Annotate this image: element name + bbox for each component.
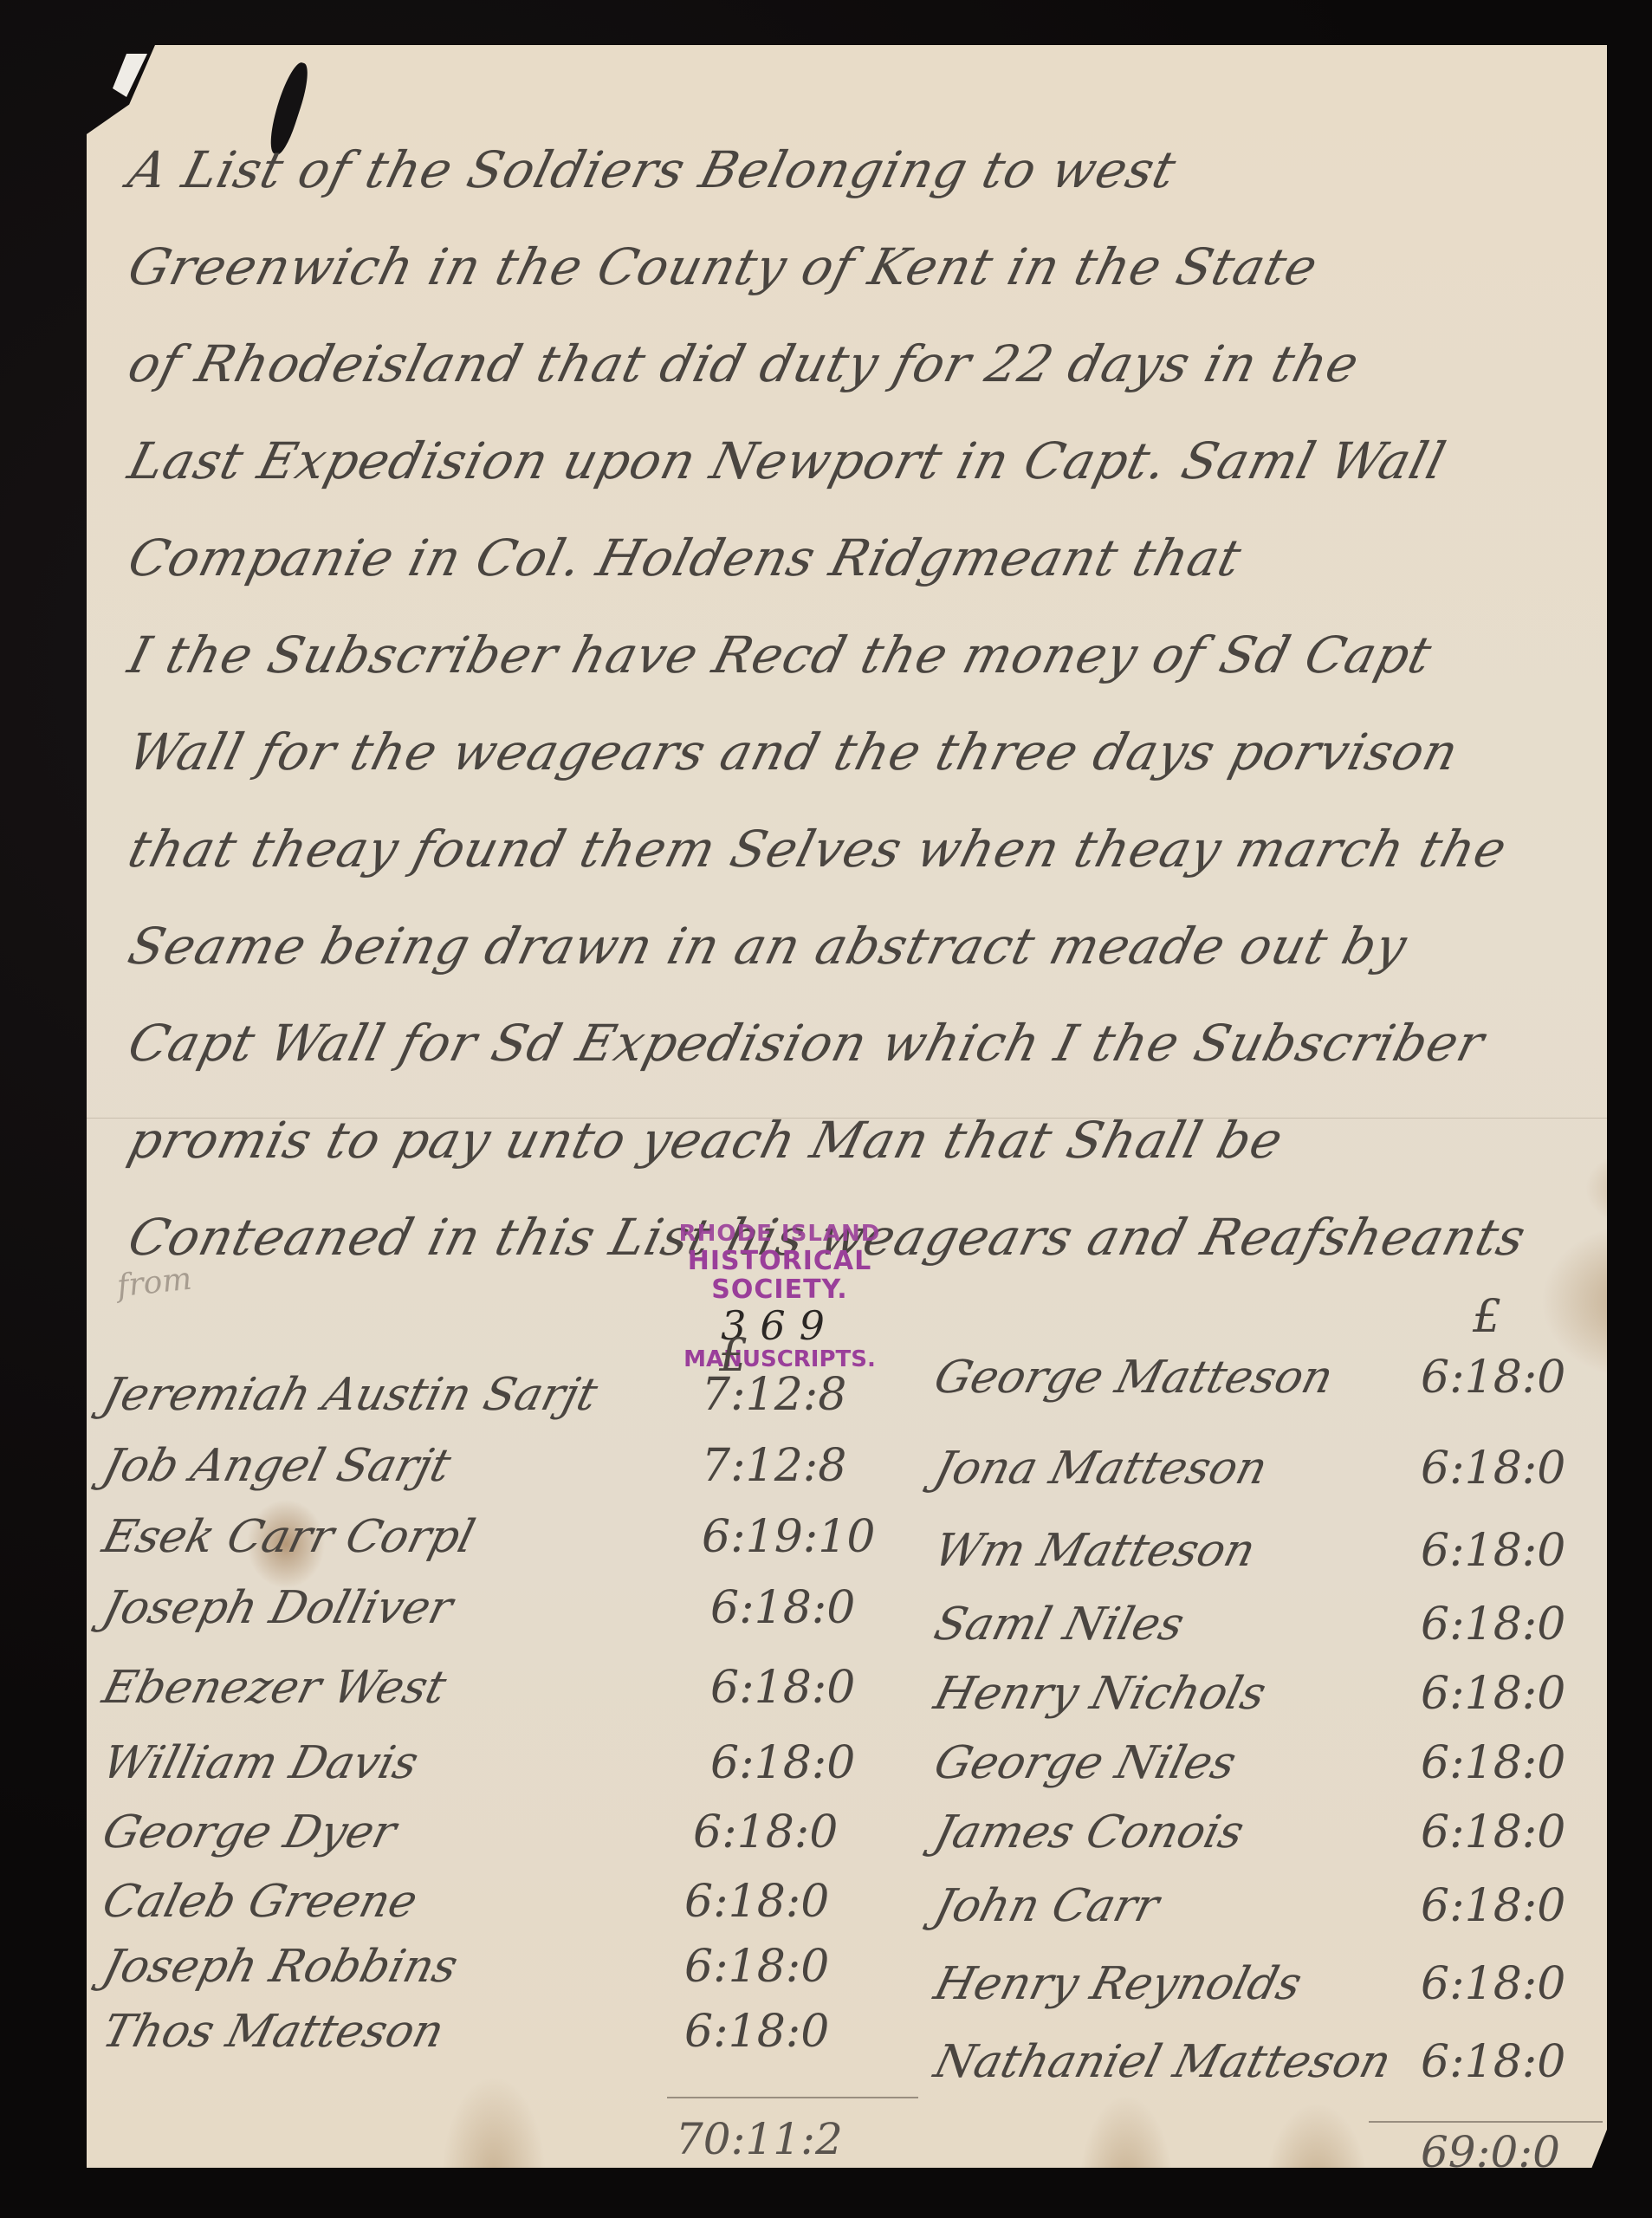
ledger-row: William Davis 6:18:0 [104,1737,417,1789]
soldier-name: Henry Reynolds [930,1958,1307,2010]
body-line: I the Subscriber have Recd the money of … [118,606,1597,704]
soldier-name: Thos Matteson [98,2006,450,2058]
ledger-row: Esek Carr Corpl 6:19:10 [104,1511,473,1563]
ledger-row: James Conois 6:18:0 [936,1806,1242,1858]
sum-rule-right [1369,2121,1603,2123]
soldier-name: Caleb Greene [98,1876,423,1928]
body-line: Capt Wall for Sd Expedision which I the … [118,995,1597,1092]
soldier-name: Ebenezer West [98,1662,451,1714]
soldier-name: Joseph Dolliver [98,1582,458,1634]
body-line: Last Expedision upon Newport in Capt. Sa… [118,412,1597,509]
amount: 6:18:0 [1421,1525,1565,1577]
archive-stamp: RHODE ISLAND HISTORICAL SOCIETY. 369 MAN… [641,1222,918,1372]
ledger-row: John Carr 6:18:0 [936,1880,1157,1932]
ledger-row: Job Angel Sarjt 7:12:8 [104,1440,450,1492]
amount: 6:18:0 [693,1806,838,1858]
manuscript-body-text: A List of the Soldiers Belonging to west… [130,121,1585,1286]
soldier-name: Wm Matteson [930,1525,1261,1577]
sum-rule-left [667,2097,918,2098]
stamp-line-2: HISTORICAL SOCIETY. [641,1247,918,1304]
amount: 6:18:0 [1421,1443,1565,1495]
amount: 6:18:0 [1421,1599,1565,1651]
amount: 6:18:0 [710,1737,855,1789]
amount: 7:12:8 [702,1440,846,1492]
soldier-name: Job Angel Sarjt [98,1440,457,1492]
ledger-row: Joseph Robbins 6:18:0 [104,1941,457,1993]
soldier-name: Nathaniel Matteson [930,2036,1396,2088]
ledger-row: Ebenezer West 6:18:0 [104,1662,444,1714]
amount: 6:18:0 [1421,1352,1565,1404]
amount: 6:18:0 [684,1941,829,1993]
ledger-row: Henry Reynolds 6:18:0 [936,1958,1300,2010]
soldier-name: Jona Matteson [930,1443,1273,1495]
ledger-row: Thos Matteson 6:18:0 [104,2006,443,2058]
left-total: 70:11:2 [676,2114,843,2164]
body-line: of Rhodeisland that did duty for 22 days… [118,315,1597,412]
body-line: that theay found them Selves when theay … [118,801,1597,898]
amount: 6:18:0 [1421,1958,1565,2010]
amount: 6:18:0 [1421,1880,1565,1932]
ledger-row: Nathaniel Matteson 6:18:0 [936,2036,1390,2088]
amount: 6:19:10 [702,1511,875,1563]
ledger-row: George Matteson 6:18:0 [936,1352,1331,1404]
body-line: Companie in Col. Holdens Ridgmeant that [118,509,1597,606]
soldier-name: George Matteson [930,1352,1338,1404]
stamp-number: 369 [641,1304,918,1348]
body-line: Wall for the weagears and the three days… [118,704,1597,801]
stamp-line-1: RHODE ISLAND [641,1222,918,1247]
amount: 6:18:0 [1421,1668,1565,1720]
soldier-name: William Davis [98,1737,424,1789]
pound-symbol-right: £ [1473,1291,1501,1343]
body-line: Greenwich in the County of Kent in the S… [118,218,1597,315]
body-line: A List of the Soldiers Belonging to west [118,121,1597,218]
soldier-name: Saml Niles [930,1599,1189,1651]
soldier-name: Jeremiah Austin Sarjt [98,1369,603,1421]
amount: 6:18:0 [1421,1737,1565,1789]
amount: 6:18:0 [710,1662,855,1714]
ledger-row: George Niles 6:18:0 [936,1737,1234,1789]
body-line: Seame being drawn in an abstract meade o… [118,898,1597,995]
soldier-name: George Niles [930,1737,1241,1789]
ledger-row: Saml Niles 6:18:0 [936,1599,1182,1651]
ledger-row: Wm Matteson 6:18:0 [936,1525,1254,1577]
soldier-name: James Conois [930,1806,1249,1858]
ledger-row: George Dyer 6:18:0 [104,1806,395,1858]
soldier-name: Joseph Robbins [98,1941,463,1993]
soldier-name: Esek Carr Corpl [98,1511,480,1563]
right-total: 69:0:0 [1421,2127,1560,2177]
ledger-row: Jona Matteson 6:18:0 [936,1443,1266,1495]
soldier-name: John Carr [930,1880,1164,1932]
ledger-row: Henry Nichols 6:18:0 [936,1668,1265,1720]
soldier-name: George Dyer [98,1806,402,1858]
soldier-name: Henry Nichols [930,1668,1272,1720]
amount: 7:12:8 [702,1369,846,1421]
body-line: promis to pay unto yeach Man that Shall … [118,1092,1597,1189]
amount: 6:18:0 [1421,1806,1565,1858]
amount: 6:18:0 [684,1876,829,1928]
amount: 6:18:0 [1421,2036,1565,2088]
amount: 6:18:0 [684,2006,829,2058]
amount: 6:18:0 [710,1582,855,1634]
ledger-row: Joseph Dolliver 6:18:0 [104,1582,451,1634]
ledger-row: Caleb Greene 6:18:0 [104,1876,416,1928]
ledger-row: Jeremiah Austin Sarjt 7:12:8 [104,1369,596,1421]
